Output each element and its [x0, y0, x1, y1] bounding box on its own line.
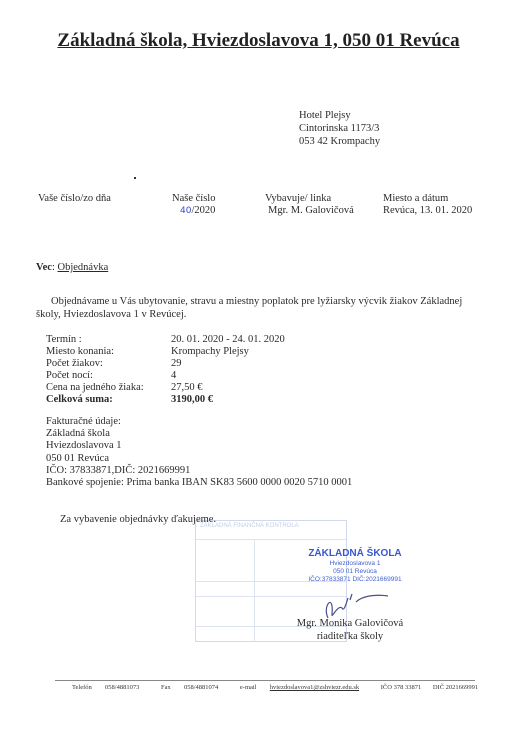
footer-fax: Fax 058/4881074	[161, 684, 228, 691]
details-label: Cena na jedného žiaka:	[46, 382, 171, 394]
school-stamp-ids: IČO:37833871 DIČ:2021669991	[300, 576, 410, 584]
details-value: 3190,00 €	[171, 394, 285, 406]
scan-speck	[134, 177, 136, 179]
details-label: Počet žiakov:	[46, 358, 171, 370]
footer-phone: Telefón 058/4881073	[72, 684, 149, 691]
footer-ico: IČO 378 33871	[381, 684, 421, 691]
footer-dic: DIČ 2021669991	[433, 684, 478, 691]
letterhead-title: Základná škola, Hviezdoslavova 1, 050 01…	[0, 30, 517, 52]
footer-fax-value: 058/4881074	[184, 684, 218, 691]
recipient-street: Cintorinska 1173/3	[299, 122, 380, 135]
billing-bank: Bankové spojenie: Prima banka IBAN SK83 …	[46, 477, 352, 489]
subject-label: Vec	[36, 262, 52, 273]
school-stamp: ZÁKLADNÁ ŠKOLA Hviezdoslavova 1 050 01 R…	[300, 548, 410, 584]
footer-phone-value: 058/4881073	[105, 684, 139, 691]
details-row: Termín :20. 01. 2020 - 24. 01. 2020	[46, 334, 285, 346]
subject-value: Objednávka	[58, 262, 109, 273]
details-value: 29	[171, 358, 285, 370]
school-stamp-street: Hviezdoslavova 1	[300, 560, 410, 568]
place-date-value: Revúca, 13. 01. 2020	[383, 205, 472, 217]
our-ref-label: Naše číslo	[172, 193, 215, 205]
footer-phone-label: Telefón	[72, 684, 92, 691]
details-row: Miesto konania:Krompachy Plejsy	[46, 346, 285, 358]
details-row: Cena na jedného žiaka:27,50 €	[46, 382, 285, 394]
handled-by: Vybavuje/ linka Mgr. M. Galovičová	[265, 193, 354, 217]
school-stamp-city: 050 01 Revúca	[300, 568, 410, 576]
signatory: Mgr. Monika Galovičová riaditeľka školy	[280, 617, 420, 643]
our-ref: Naše číslo 40/2020	[172, 193, 215, 217]
your-ref: Vaše číslo/zo dňa	[38, 193, 111, 205]
handled-by-value: Mgr. M. Galovičová	[265, 205, 354, 217]
handled-by-label: Vybavuje/ linka	[265, 193, 354, 205]
details-value: Krompachy Plejsy	[171, 346, 285, 358]
billing-info: Fakturačné údaje: Základná škola Hviezdo…	[46, 416, 352, 489]
recipient-city: 053 42 Krompachy	[299, 135, 380, 148]
details-row: Počet nocí:4	[46, 370, 285, 382]
signatory-name: Mgr. Monika Galovičová	[280, 617, 420, 630]
billing-heading: Fakturačné údaje:	[46, 416, 352, 428]
closing-thanks: Za vybavenie objednávky ďakujeme.	[60, 514, 216, 525]
our-ref-handwritten-number: 40	[180, 206, 191, 216]
billing-city: 050 01 Revúca	[46, 453, 352, 465]
school-stamp-name: ZÁKLADNÁ ŠKOLA	[300, 548, 410, 560]
details-row: Počet žiakov:29	[46, 358, 285, 370]
our-ref-year: /2020	[191, 205, 215, 216]
footer: Telefón 058/4881073 Fax 058/4881074 e-ma…	[72, 684, 488, 691]
billing-street: Hviezdoslavova 1	[46, 440, 352, 452]
details-label: Celková suma:	[46, 394, 171, 406]
subject-line: Vec: Objednávka	[36, 262, 108, 273]
your-ref-label: Vaše číslo/zo dňa	[38, 193, 111, 205]
billing-name: Základná škola	[46, 428, 352, 440]
details-label: Termín :	[46, 334, 171, 346]
body-paragraph: Objednávame u Vás ubytovanie, stravu a m…	[36, 295, 486, 321]
details-row: Celková suma:3190,00 €	[46, 394, 285, 406]
footer-divider	[55, 680, 475, 681]
billing-ids: IČO: 37833871,DIČ: 2021669991	[46, 465, 352, 477]
recipient-name: Hotel Plejsy	[299, 109, 380, 122]
footer-email-link[interactable]: hviezdoslavova1@zshviezr.edu.sk	[270, 684, 359, 691]
footer-fax-label: Fax	[161, 684, 171, 691]
details-value: 27,50 €	[171, 382, 285, 394]
order-details-table: Termín :20. 01. 2020 - 24. 01. 2020Miest…	[46, 334, 285, 406]
place-date: Miesto a dátum Revúca, 13. 01. 2020	[383, 193, 472, 217]
our-ref-value: 40/2020	[172, 205, 215, 217]
details-value: 4	[171, 370, 285, 382]
details-label: Počet nocí:	[46, 370, 171, 382]
place-date-label: Miesto a dátum	[383, 193, 472, 205]
details-value: 20. 01. 2020 - 24. 01. 2020	[171, 334, 285, 346]
details-label: Miesto konania:	[46, 346, 171, 358]
recipient-address: Hotel Plejsy Cintorinska 1173/3 053 42 K…	[299, 109, 380, 148]
footer-email-label: e-mail	[240, 684, 257, 691]
footer-email: e-mail hviezdoslavova1@zshviezr.edu.sk	[240, 684, 369, 691]
signatory-role: riaditeľka školy	[280, 630, 420, 643]
